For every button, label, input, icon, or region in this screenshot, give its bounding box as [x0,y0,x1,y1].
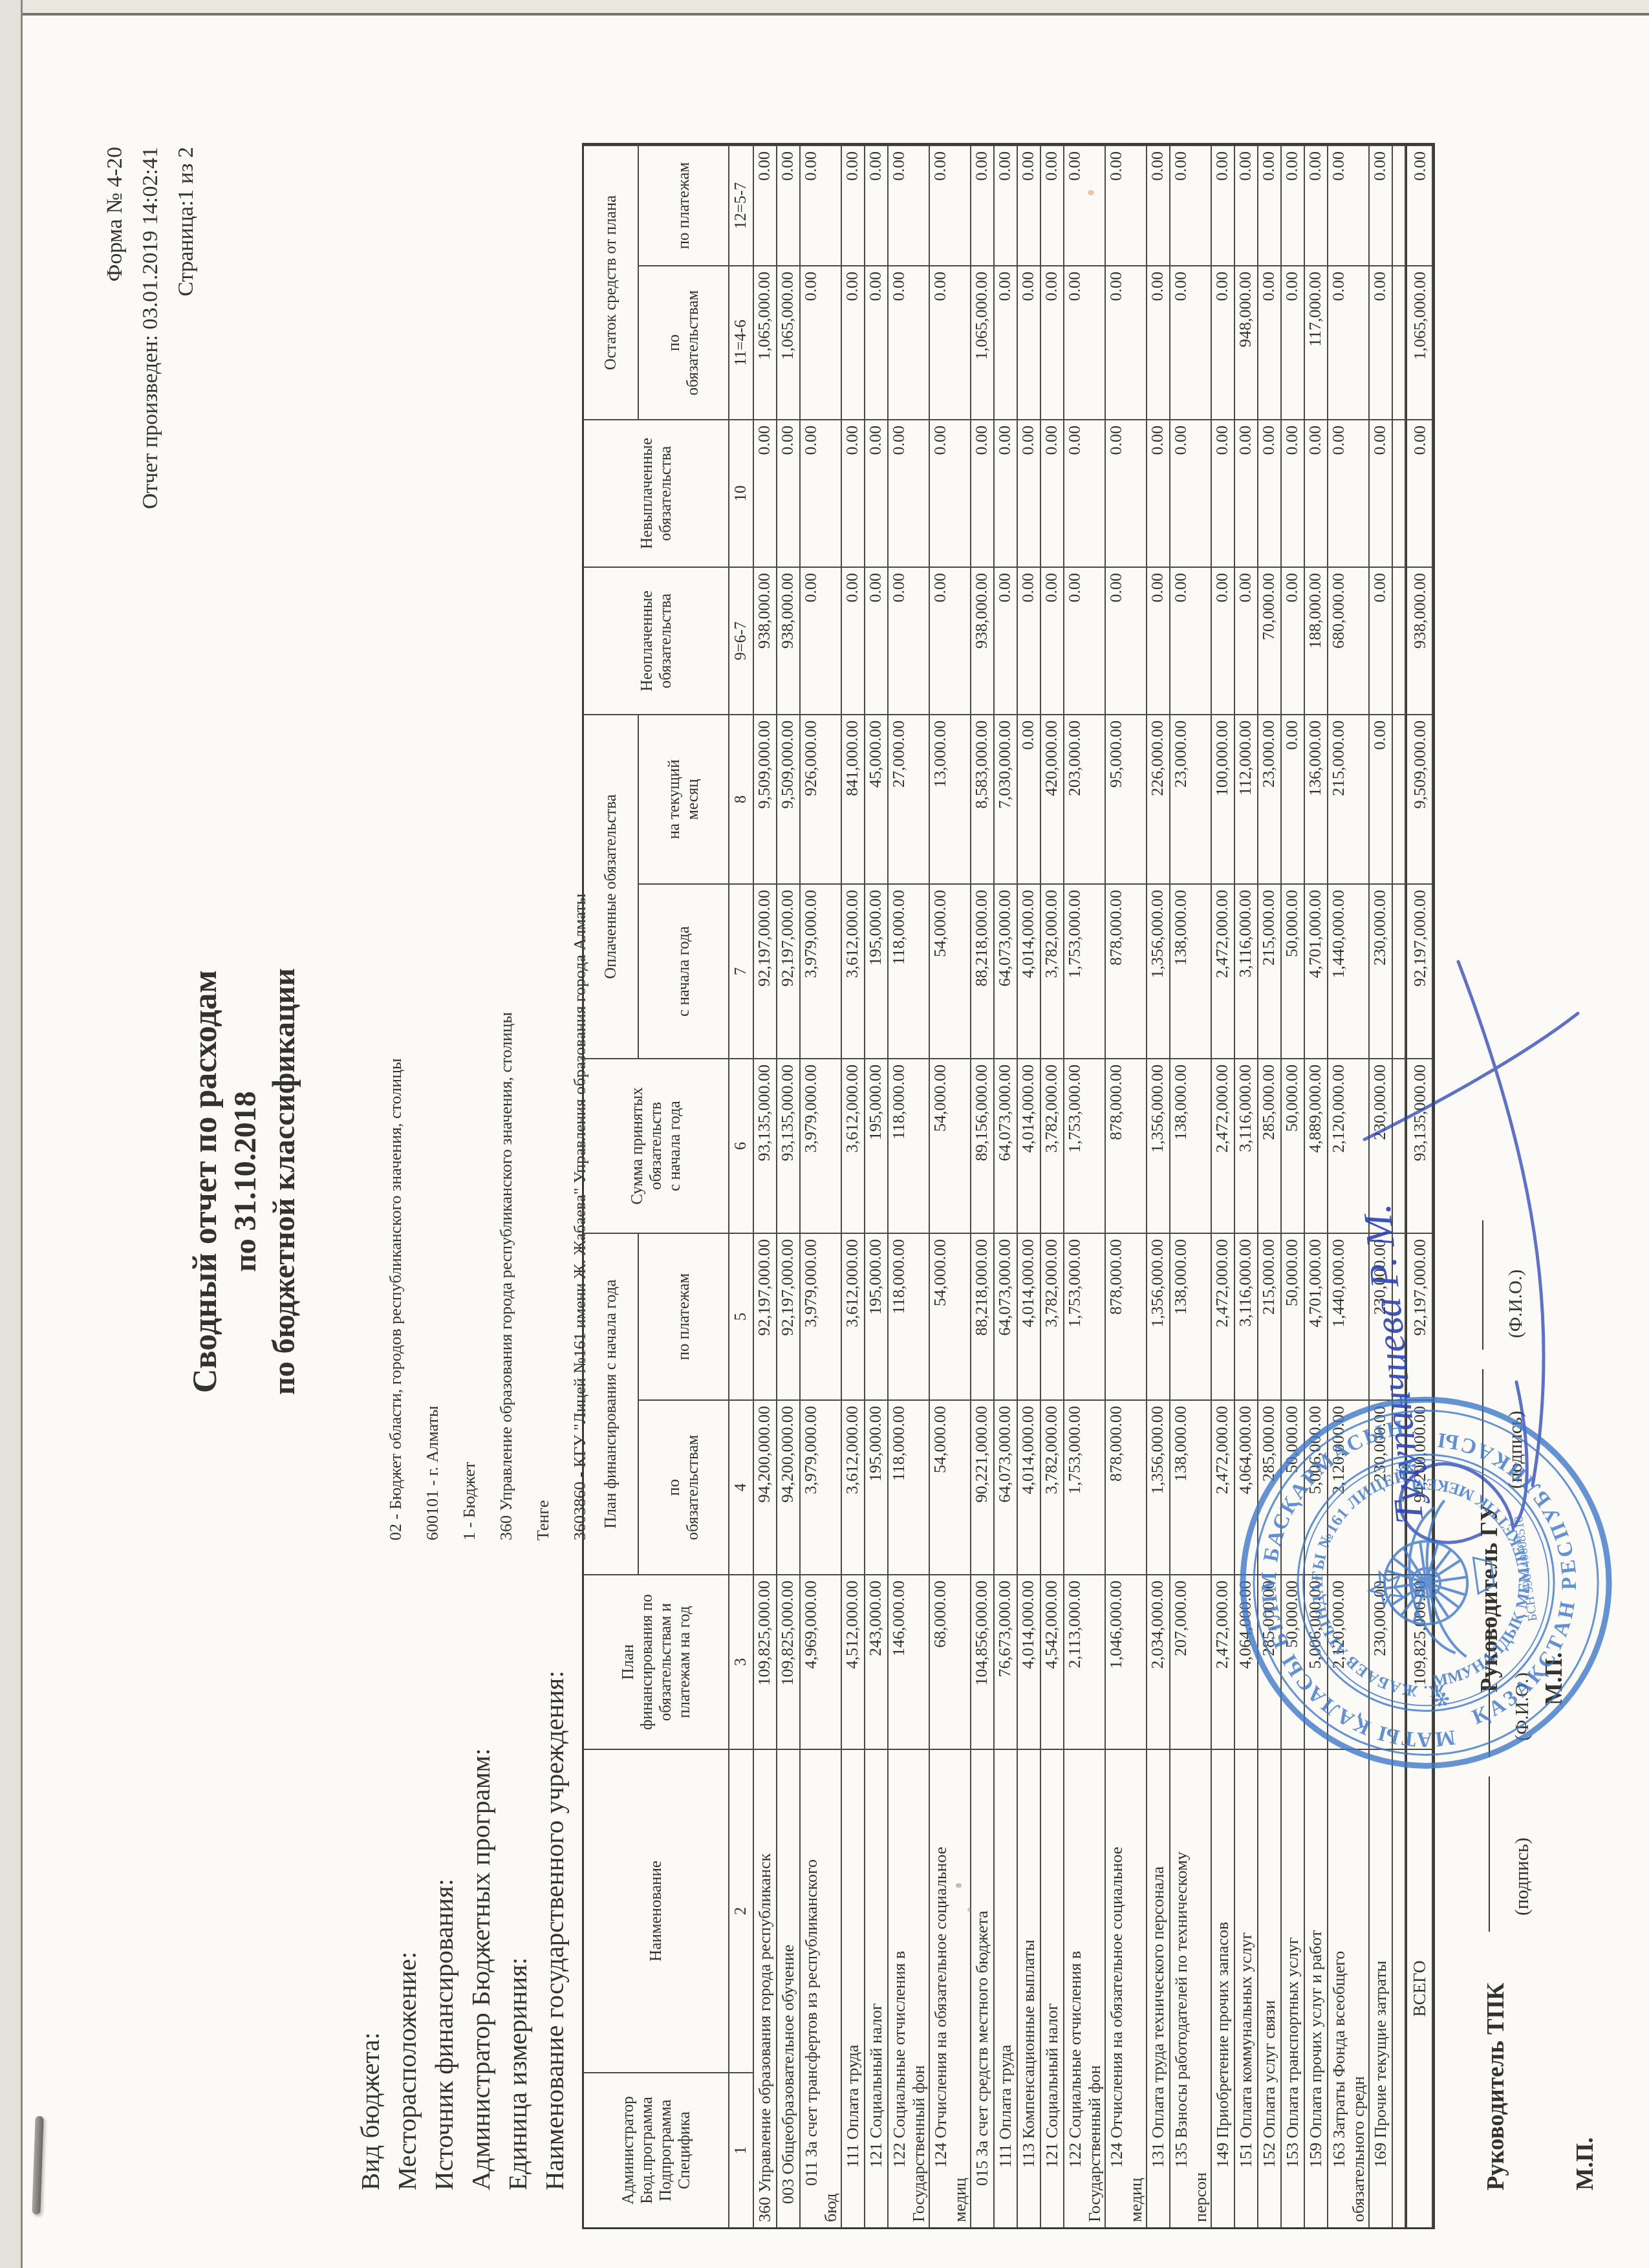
row-value-cell: 0.00 [777,145,801,265]
row-value-cell: 0.00 [930,265,971,419]
row-value-cell: 0.00 [1018,265,1041,419]
info-row-funding-source: Источник финансирования: 1 - Бюджет [428,1879,459,2190]
row-value-cell: 3,612,000.00 [842,1058,865,1233]
separator-cell [1393,265,1406,419]
row-value-cell: 2,472,000.00 [1212,1058,1235,1233]
row-value-cell: 92,197,000.00 [754,1233,777,1399]
info-label: Администратор Бюджетных программ: [465,1748,496,2190]
row-name-cell: 111 Оплата труда [842,1749,865,2227]
row-value-cell: 0.00 [1147,145,1170,265]
row-name-cell: 121 Социальный налог [865,1749,889,2227]
row-name-cell: 152 Оплата услуг связи [1258,1749,1282,2227]
row-name-cell: 135 Взносы работодателей по техническому… [1170,1749,1212,2227]
row-name-cell: 003 Общеобразовательное обучение [777,1749,801,2227]
row-value-cell: 3,979,000.00 [801,1399,842,1574]
row-name-cell: 124 Отчисления на обязательное социально… [930,1749,971,2227]
th-group-paid: Оплаченные обязательства [584,714,639,1058]
row-value-cell: 3,612,000.00 [842,1233,865,1399]
scan-left-edge-line [21,0,23,2268]
row-value-cell: 93,135,000.00 [777,1058,801,1233]
stamp-star-left: ✻ [1431,1690,1454,1709]
row-value-cell: 1,065,000.00 [971,265,995,419]
row-value-cell: 0.00 [1370,714,1393,883]
separator-cell [1393,714,1406,883]
row-value-cell: 878,000.00 [1106,1058,1147,1233]
row-value-cell: 3,979,000.00 [801,883,842,1058]
paper-speck [956,1883,962,1888]
row-value-cell: 0.00 [1064,419,1106,567]
row-value-cell: 195,000.00 [865,1233,889,1399]
row-value-cell: 0.00 [1147,567,1170,714]
scan-top-edge [0,0,1649,13]
row-value-cell: 0.00 [865,567,889,714]
info-value: 360 Управление образования города респуб… [496,1007,516,1540]
row-value-cell: 926,000.00 [801,714,842,883]
row-value-cell: 188,000.00 [1305,567,1328,714]
row-value-cell: 0.00 [1258,145,1282,265]
scan-top-edge-line [0,13,1649,16]
row-value-cell: 0.00 [1170,265,1212,419]
row-value-cell: 938,000.00 [777,567,801,714]
row-value-cell: 90,221,000.00 [971,1399,995,1574]
row-value-cell: 92,197,000.00 [777,1233,801,1399]
row-name-wrap: медиц [1126,1750,1146,2227]
row-name-cell: 163 Затраты Фонда всеобщегообязательного… [1328,1749,1370,2227]
th-paid-ytd: с начала года [639,883,729,1058]
row-value-cell: 0.00 [842,265,865,419]
row-value-cell: 100,000.00 [1212,714,1235,883]
row-value-cell: 4,014,000.00 [1018,1233,1041,1399]
row-value-cell: 3,612,000.00 [842,1399,865,1574]
row-name-cell: 122 Социальные отчисления вГосударственн… [889,1749,930,2227]
row-value-cell: 0.00 [995,567,1018,714]
row-code-and-name: 111 Оплата труда [843,1750,863,2227]
row-value-cell: 0.00 [1328,419,1370,567]
total-value-cell: 938,000.00 [1406,567,1433,714]
row-code-and-name: 121 Социальный налог [867,1750,886,2227]
row-value-cell: 215,000.00 [1258,883,1282,1058]
left-signature-blank [1463,1777,1490,1932]
row-value-cell: 878,000.00 [1106,883,1147,1058]
row-code-and-name: 153 Оплата транспортных услуг [1283,1750,1302,2227]
separator-cell [1393,567,1406,714]
th-rem-obligations: по обязательствам [639,265,729,419]
row-value-cell: 4,014,000.00 [1018,1058,1041,1233]
row-value-cell: 7,030,000.00 [995,714,1018,883]
row-value-cell: 92,197,000.00 [754,883,777,1058]
row-value-cell: 117,000.00 [1305,265,1328,419]
row-value-cell: 878,000.00 [1106,1399,1147,1574]
budget-table: Администратор Бюд.программа Подпрограмма… [582,143,1435,2229]
row-value-cell: 0.00 [1282,419,1305,567]
row-value-cell: 0.00 [1212,419,1235,567]
row-value-cell: 1,753,000.00 [1064,883,1106,1058]
row-value-cell: 0.00 [842,145,865,265]
total-row-label: ВСЕГО [1406,1749,1433,2227]
row-value-cell: 0.00 [1170,419,1212,567]
row-value-cell: 4,512,000.00 [842,1574,865,1749]
row-value-cell: 0.00 [1106,145,1147,265]
row-value-cell: 1,753,000.00 [1064,1058,1106,1233]
row-name-cell: 159 Оплата прочих услуг и работ [1305,1749,1328,2227]
row-value-cell: 0.00 [1282,145,1305,265]
row-value-cell: 0.00 [1328,265,1370,419]
row-value-cell: 13,000.00 [930,714,971,883]
row-value-cell: 938,000.00 [754,567,777,714]
row-value-cell: 0.00 [1018,145,1041,265]
row-value-cell: 0.00 [1212,567,1235,714]
row-name-cell: 011 За счет трансфертов из республиканск… [801,1749,842,2227]
row-value-cell: 45,000.00 [865,714,889,883]
row-value-cell: 89,156,000.00 [971,1058,995,1233]
row-name-cell: 113 Компенсационные выплаты [1018,1749,1041,2227]
scanned-page: Форма № 4-20 Отчет произведен: 03.01.201… [0,0,1649,2268]
row-value-cell: 878,000.00 [1106,1233,1147,1399]
row-name-wrap: медиц [951,1750,970,2227]
col-number: 12=5-7 [729,145,754,265]
row-value-cell: 0.00 [889,419,930,567]
info-value: 1 - Бюджет [459,1457,479,1540]
row-value-cell: 0.00 [930,567,971,714]
row-value-cell: 95,000.00 [1106,714,1147,883]
row-name-wrap: персон [1191,1750,1211,2227]
info-row-unit: Единица измериния: Тенге [502,1958,533,2190]
row-value-cell: 0.00 [1370,419,1393,567]
row-value-cell: 0.00 [995,145,1018,265]
row-value-cell: 1,753,000.00 [1064,1233,1106,1399]
report-title-line2: по 31.10.2018 [228,95,263,2268]
row-value-cell: 8,583,000.00 [971,714,995,883]
row-value-cell: 0.00 [995,419,1018,567]
row-value-cell: 3,782,000.00 [1041,1058,1064,1233]
info-row-institution-name: Наименование государственного учреждения… [539,1670,570,2190]
scan-left-edge [0,0,21,2268]
row-value-cell: 195,000.00 [865,1399,889,1574]
row-value-cell: 0.00 [1147,265,1170,419]
row-value-cell: 0.00 [1305,419,1328,567]
row-value-cell: 0.00 [1106,265,1147,419]
report-title-line1: Сводный отчет по расходам [186,95,224,2268]
row-value-cell: 0.00 [1370,567,1393,714]
row-value-cell: 2,113,000.00 [1064,1574,1106,1749]
row-value-cell: 9,509,000.00 [754,714,777,883]
row-value-cell: 109,825,000.00 [754,1574,777,1749]
row-value-cell: 0.00 [801,567,842,714]
row-value-cell: 94,200,000.00 [777,1399,801,1574]
info-value: 600101 - г. Алматы [422,1401,442,1540]
row-name-cell: 149 Приобретение прочих запасов [1212,1749,1235,2227]
row-value-cell: 0.00 [1305,145,1328,265]
row-value-cell: 64,073,000.00 [995,1399,1018,1574]
row-value-cell: 54,000.00 [930,1399,971,1574]
row-name-cell: 111 Оплата труда [995,1749,1018,2227]
col-number: 4 [729,1399,754,1574]
row-name-cell: 121 Социальный налог [1041,1749,1064,2227]
col-number: 2 [729,1749,754,2072]
total-value-cell: 9,509,000.00 [1406,714,1433,883]
row-value-cell: 4,014,000.00 [1018,1574,1041,1749]
row-value-cell: 4,014,000.00 [1018,883,1041,1058]
row-value-cell: 3,116,000.00 [1235,883,1258,1058]
row-value-cell: 0.00 [1235,145,1258,265]
row-value-cell: 195,000.00 [865,883,889,1058]
report-title-line3: по бюджетной классификации [266,95,302,2268]
row-value-cell: 3,782,000.00 [1041,1233,1064,1399]
th-group-remainder: Остаток средств от плана [584,145,639,419]
row-value-cell: 0.00 [1064,145,1106,265]
total-value-cell: 0.00 [1406,419,1433,567]
row-name-wrap: бюд [821,1750,841,2227]
col-number: 5 [729,1233,754,1399]
report-generated-timestamp: Отчет произведен: 03.01.2019 14:02:41 [133,147,168,509]
row-value-cell: 0.00 [1041,265,1064,419]
col-number: 8 [729,714,754,883]
col-number: 1 [729,2072,754,2227]
stamp-emblem [1359,1495,1503,1669]
th-group-plan-ytd: План финансирования с начала года [584,1233,639,1574]
stamp-graphic: АЛМАТЫ ҚАЛАСЫ БІЛІМ БАСҚАРМАСЫНЫҢ ҚАЗАҚС… [1207,1364,1645,1802]
row-value-cell: 0.00 [1212,145,1235,265]
row-value-cell: 285,000.00 [1258,1058,1282,1233]
row-value-cell: 0.00 [865,265,889,419]
row-value-cell: 3,782,000.00 [1041,883,1064,1058]
row-code-and-name: 011 За счет трансфертов из республиканск… [802,1750,821,2227]
row-name-wrap: Государственный фон [1085,1750,1105,2227]
row-value-cell: 23,000.00 [1258,714,1282,883]
row-value-cell: 27,000.00 [889,714,930,883]
stamp-star-right: ✻ [1398,1456,1421,1475]
col-number: 10 [729,419,754,567]
th-undisbursed: Невыплаченные обязательства [584,419,729,567]
row-value-cell: 215,000.00 [1258,1233,1282,1399]
row-name-cell: 151 Оплата коммунальных услуг [1235,1749,1258,2227]
row-code-and-name: 131 Оплата труда технического персонала [1148,1750,1168,2227]
row-value-cell: 0.00 [1106,419,1147,567]
row-value-cell: 93,135,000.00 [754,1058,777,1233]
row-value-cell: 0.00 [1018,567,1041,714]
row-value-cell: 1,356,000.00 [1147,1399,1170,1574]
row-value-cell: 0.00 [1235,567,1258,714]
row-value-cell: 0.00 [1041,419,1064,567]
row-code-and-name: 113 Компенсационные выплаты [1019,1750,1039,2227]
row-value-cell: 50,000.00 [1282,1058,1305,1233]
row-value-cell: 0.00 [1018,714,1041,883]
th-paid-month: на текущий месяц [639,714,729,883]
row-value-cell: 195,000.00 [865,1058,889,1233]
info-label: Единица измериния: [502,1958,533,2190]
row-value-cell: 94,200,000.00 [754,1399,777,1574]
separator-cell [1393,145,1406,265]
row-value-cell: 938,000.00 [971,567,995,714]
row-value-cell: 54,000.00 [930,1233,971,1399]
row-value-cell: 146,000.00 [889,1574,930,1749]
row-value-cell: 0.00 [777,419,801,567]
row-value-cell: 2,034,000.00 [1147,1574,1170,1749]
row-code-and-name: 151 Оплата коммунальных услуг [1236,1750,1256,2227]
row-name-cell: 015 За счет средств местного бюджета [971,1749,995,2227]
row-name-cell: 153 Оплата транспортных услуг [1282,1749,1305,2227]
row-code-and-name: 015 За счет средств местного бюджета [973,1750,992,2227]
row-value-cell: 0.00 [971,419,995,567]
row-name-cell: 124 Отчисления на обязательное социально… [1106,1749,1147,2227]
row-value-cell: 841,000.00 [842,714,865,883]
row-value-cell: 0.00 [995,265,1018,419]
row-name-cell: 169 Прочие текущие затраты [1370,1749,1393,2227]
row-value-cell: 54,000.00 [930,1058,971,1233]
row-value-cell: 0.00 [1282,714,1305,883]
th-administrator: Администратор Бюд.программа Подпрограмма… [584,2072,729,2227]
row-code-and-name: 122 Социальные отчисления в [890,1750,909,2227]
info-label: Месторасположение: [391,1952,422,2190]
row-value-cell: 0.00 [889,567,930,714]
row-value-cell: 0.00 [930,419,971,567]
row-value-cell: 3,979,000.00 [801,1058,842,1233]
row-value-cell: 118,000.00 [889,1233,930,1399]
th-accepted-obligations: Сумма принятых обязательств с начала год… [584,1058,729,1233]
row-value-cell: 207,000.00 [1170,1574,1212,1749]
row-value-cell: 0.00 [801,265,842,419]
row-value-cell: 0.00 [1212,265,1235,419]
row-value-cell: 0.00 [1328,145,1370,265]
row-value-cell: 2,472,000.00 [1212,883,1235,1058]
row-value-cell: 0.00 [1041,145,1064,265]
row-name-cell: 131 Оплата труда технического персонала [1147,1749,1170,2227]
separator-cell [1393,419,1406,567]
row-value-cell: 0.00 [1258,265,1282,419]
row-value-cell: 0.00 [1282,265,1305,419]
row-value-cell: 0.00 [889,265,930,419]
row-value-cell: 118,000.00 [889,883,930,1058]
row-value-cell: 948,000.00 [1235,265,1258,419]
col-number: 9=6-7 [729,567,754,714]
row-value-cell: 118,000.00 [889,1058,930,1233]
row-value-cell: 0.00 [1064,265,1106,419]
th-rem-payments: по платежам [639,145,729,265]
row-value-cell: 9,509,000.00 [777,714,801,883]
row-value-cell: 0.00 [865,145,889,265]
row-code-and-name: 169 Прочие текущие затраты [1371,1750,1390,2227]
row-value-cell: 680,000.00 [1328,567,1370,714]
row-value-cell: 0.00 [1147,419,1170,567]
row-value-cell: 215,000.00 [1328,714,1370,883]
row-value-cell: 4,542,000.00 [1041,1574,1064,1749]
row-value-cell: 0.00 [801,145,842,265]
col-number: 7 [729,883,754,1058]
row-value-cell: 0.00 [971,145,995,265]
row-code-and-name: 121 Социальный налог [1042,1750,1062,2227]
row-value-cell: 3,782,000.00 [1041,1399,1064,1574]
row-value-cell: 2,472,000.00 [1212,1574,1235,1749]
row-value-cell: 54,000.00 [930,883,971,1058]
row-value-cell: 64,073,000.00 [995,883,1018,1058]
row-value-cell: 118,000.00 [889,1399,930,1574]
row-value-cell: 3,116,000.00 [1235,1058,1258,1233]
th-plan-payments: по платежам [639,1233,729,1399]
row-value-cell: 0.00 [1370,265,1393,419]
th-name: Наименование [584,1749,729,2072]
left-signer-title: Руководитель ТПК [1482,1983,1510,2190]
row-value-cell: 112,000.00 [1235,714,1258,883]
row-value-cell: 1,356,000.00 [1147,883,1170,1058]
th-unpaid: Неоплаченные обязательства [584,567,729,714]
row-code-and-name: 111 Оплата труда [996,1750,1015,2227]
info-value: Тенге [533,1495,553,1540]
row-value-cell: 2,472,000.00 [1212,1233,1235,1399]
row-value-cell: 50,000.00 [1282,1233,1305,1399]
row-value-cell: 226,000.00 [1147,714,1170,883]
paper-speck [1088,190,1094,195]
col-number: 3 [729,1574,754,1749]
row-value-cell: 203,000.00 [1064,714,1106,883]
info-label: Источник финансирования: [428,1879,459,2190]
official-stamp: АЛМАТЫ ҚАЛАСЫ БІЛІМ БАСҚАРМАСЫНЫҢ ҚАЗАҚС… [1207,1363,1648,1802]
col-number: 6 [729,1058,754,1233]
row-value-cell: 0.00 [1018,419,1041,567]
row-value-cell: 0.00 [889,145,930,265]
separator-row [1393,1749,1406,2227]
row-value-cell: 0.00 [1370,145,1393,265]
row-value-cell: 0.00 [754,419,777,567]
th-plan-year: План финансирования по обязательствам и … [584,1574,729,1749]
row-value-cell: 138,000.00 [1170,883,1212,1058]
row-value-cell: 0.00 [1041,567,1064,714]
row-value-cell: 23,000.00 [1170,714,1212,883]
row-value-cell: 3,116,000.00 [1235,1233,1258,1399]
row-value-cell: 50,000.00 [1282,883,1305,1058]
row-value-cell: 136,000.00 [1305,714,1328,883]
row-value-cell: 0.00 [801,419,842,567]
row-value-cell: 4,014,000.00 [1018,1399,1041,1574]
row-code-and-name: 135 Взносы работодателей по техническому [1172,1750,1191,2227]
row-value-cell: 1,753,000.00 [1064,1399,1106,1574]
row-value-cell: 104,856,000.00 [971,1574,995,1749]
total-value-cell: 1,065,000.00 [1406,265,1433,419]
row-value-cell: 0.00 [1106,567,1147,714]
info-row-program-administrator: Администратор Бюджетных программ: 360 Уп… [465,1748,496,2190]
total-value-cell: 0.00 [1406,145,1433,265]
row-code-and-name: 122 Социальные отчисления в [1066,1750,1085,2227]
row-value-cell: 1,065,000.00 [754,265,777,419]
row-code-and-name: 360 Управление образования города респуб… [755,1750,775,2227]
row-code-and-name: 003 Общеобразовательное обучение [779,1750,798,2227]
info-label: Наименование государственного учреждения… [539,1670,570,2190]
row-value-cell: 0.00 [842,567,865,714]
form-number: Форма № 4-20 [97,147,133,509]
row-value-cell: 3,612,000.00 [842,883,865,1058]
row-value-cell: 1,356,000.00 [1147,1233,1170,1399]
row-value-cell: 109,825,000.00 [777,1574,801,1749]
info-label: Вид бюджета: [354,2032,385,2190]
row-code-and-name: 124 Отчисления на обязательное социально… [931,1750,951,2227]
info-row-location: Месторасположение: 600101 - г. Алматы [391,1952,422,2190]
row-code-and-name: 152 Оплата услуг связи [1260,1750,1279,2227]
row-value-cell: 0.00 [754,145,777,265]
row-value-cell: 0.00 [842,419,865,567]
row-name-wrap: Государственный фон [909,1750,929,2227]
paper-speck [967,1908,971,1912]
row-value-cell: 68,000.00 [930,1574,971,1749]
row-value-cell: 1,356,000.00 [1147,1058,1170,1233]
row-value-cell: 138,000.00 [1170,1058,1212,1233]
row-value-cell: 1,046,000.00 [1106,1574,1147,1749]
row-value-cell: 138,000.00 [1170,1233,1212,1399]
row-value-cell: 0.00 [1258,419,1282,567]
row-value-cell: 1,065,000.00 [777,265,801,419]
row-name-cell: 122 Социальные отчисления вГосударственн… [1064,1749,1106,2227]
row-value-cell: 92,197,000.00 [777,883,801,1058]
row-value-cell: 88,218,000.00 [971,883,995,1058]
row-value-cell: 0.00 [1170,567,1212,714]
